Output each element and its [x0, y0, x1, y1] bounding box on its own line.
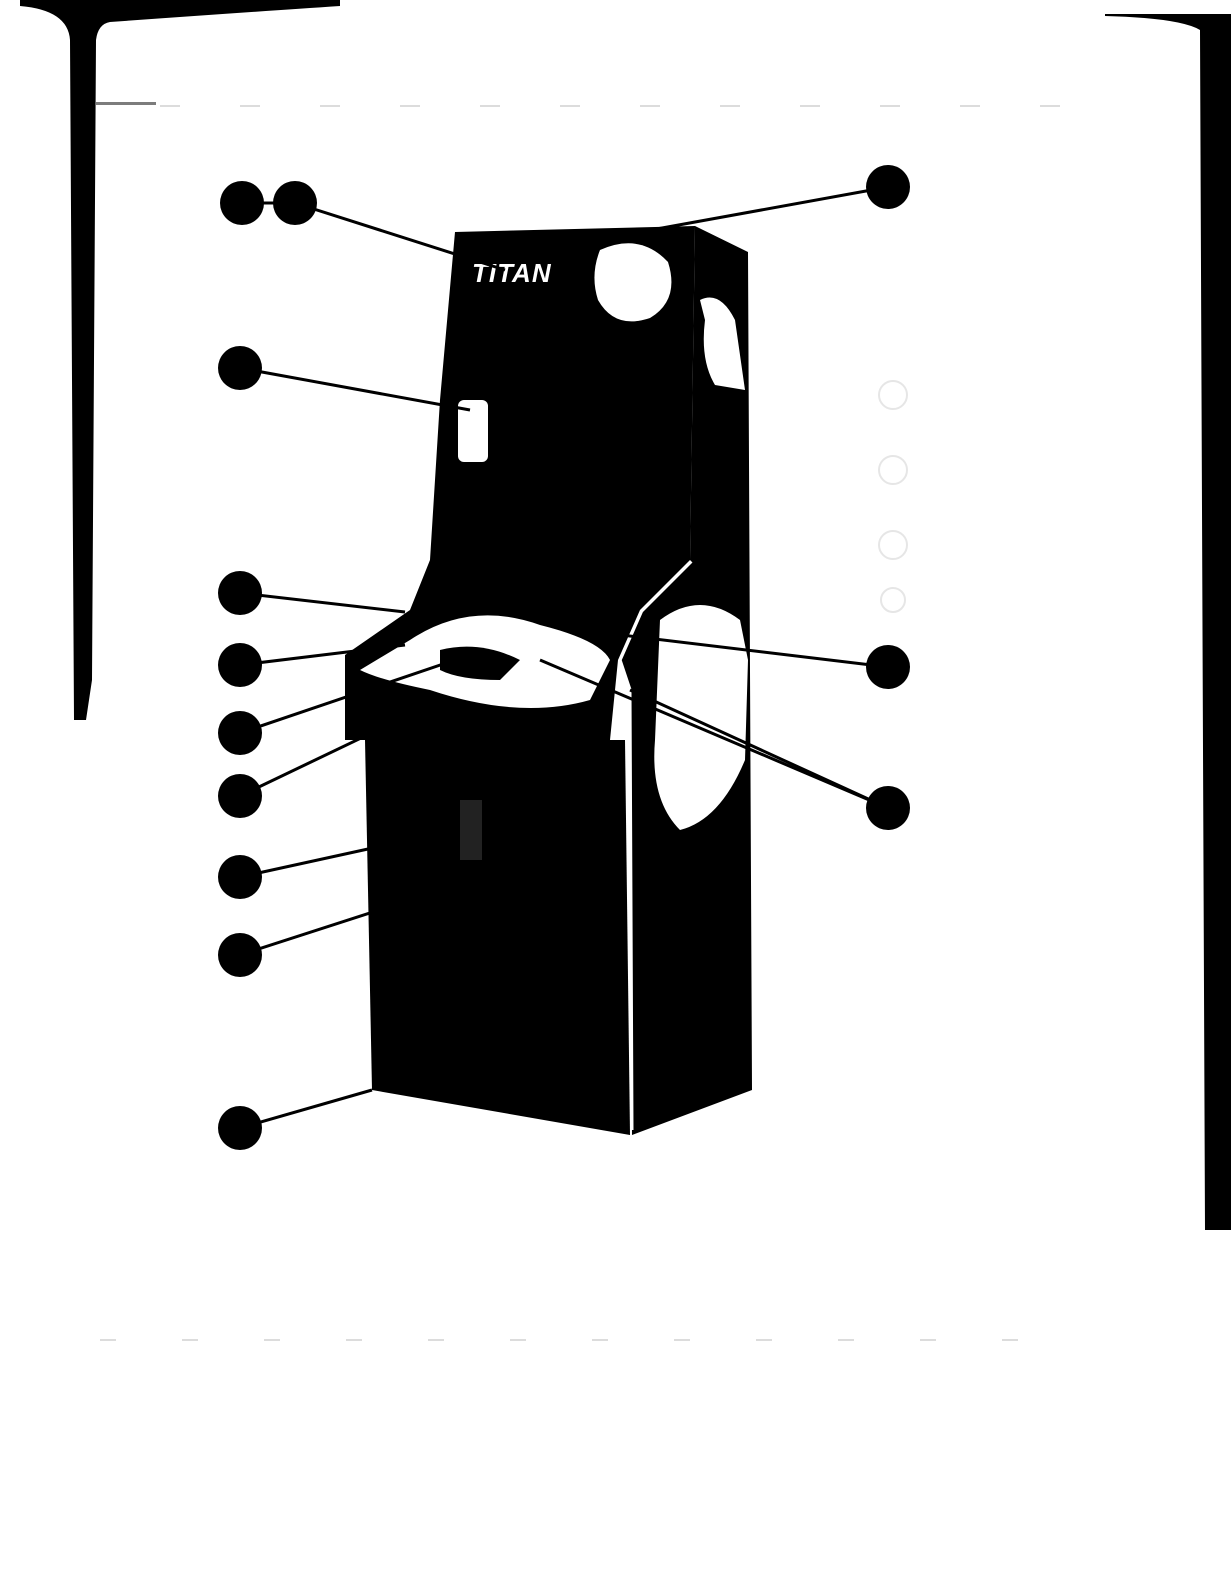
callout-marker	[218, 1106, 262, 1150]
callout-marker	[218, 643, 262, 687]
callout-marker	[220, 181, 264, 225]
callout-marker	[218, 855, 262, 899]
callout-marker	[866, 786, 910, 830]
callout-marker	[218, 711, 262, 755]
document-page: TITAN	[0, 0, 1231, 1581]
callout-marker	[218, 774, 262, 818]
arcade-cabinet: TITAN	[345, 226, 752, 1135]
callout-marker	[218, 346, 262, 390]
callout-marker	[866, 645, 910, 689]
ghost-circles	[879, 381, 907, 612]
callout-marker	[218, 933, 262, 977]
callout-marker	[218, 571, 262, 615]
callout-marker	[273, 181, 317, 225]
callout-marker	[866, 165, 910, 209]
cabinet-figure: TITAN	[0, 0, 1231, 1581]
